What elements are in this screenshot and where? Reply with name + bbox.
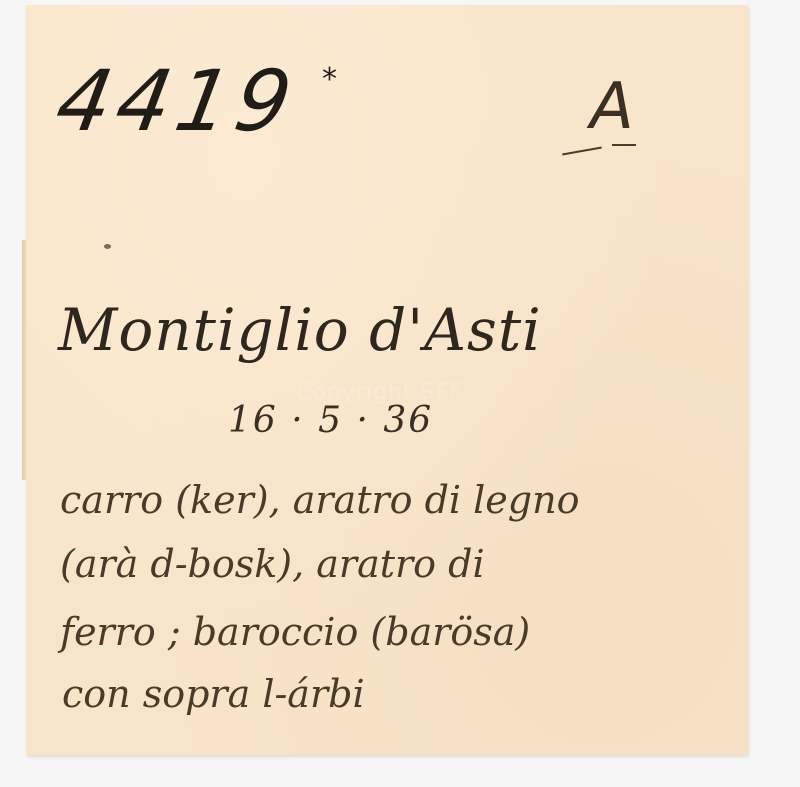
catalog-asterisk-mark: * [322,62,337,97]
date: 16 · 5 · 36 [228,400,433,441]
note-line: (arà d-bosk), aratro di [60,542,485,586]
section-letter: A [590,70,634,144]
place-name: Montiglio d'Asti [58,296,542,364]
section-underline-right [612,144,636,146]
ink-spot [104,244,111,249]
note-line: con sopra l-árbi [62,672,365,716]
note-line: ferro ; baroccio (barösa) [60,610,530,654]
catalog-number: 4419 [49,52,304,150]
document-viewer: 4419 * A Montiglio d'Asti Copyright SFF … [0,0,800,787]
note-line: carro (ker), aratro di legno [60,478,579,522]
